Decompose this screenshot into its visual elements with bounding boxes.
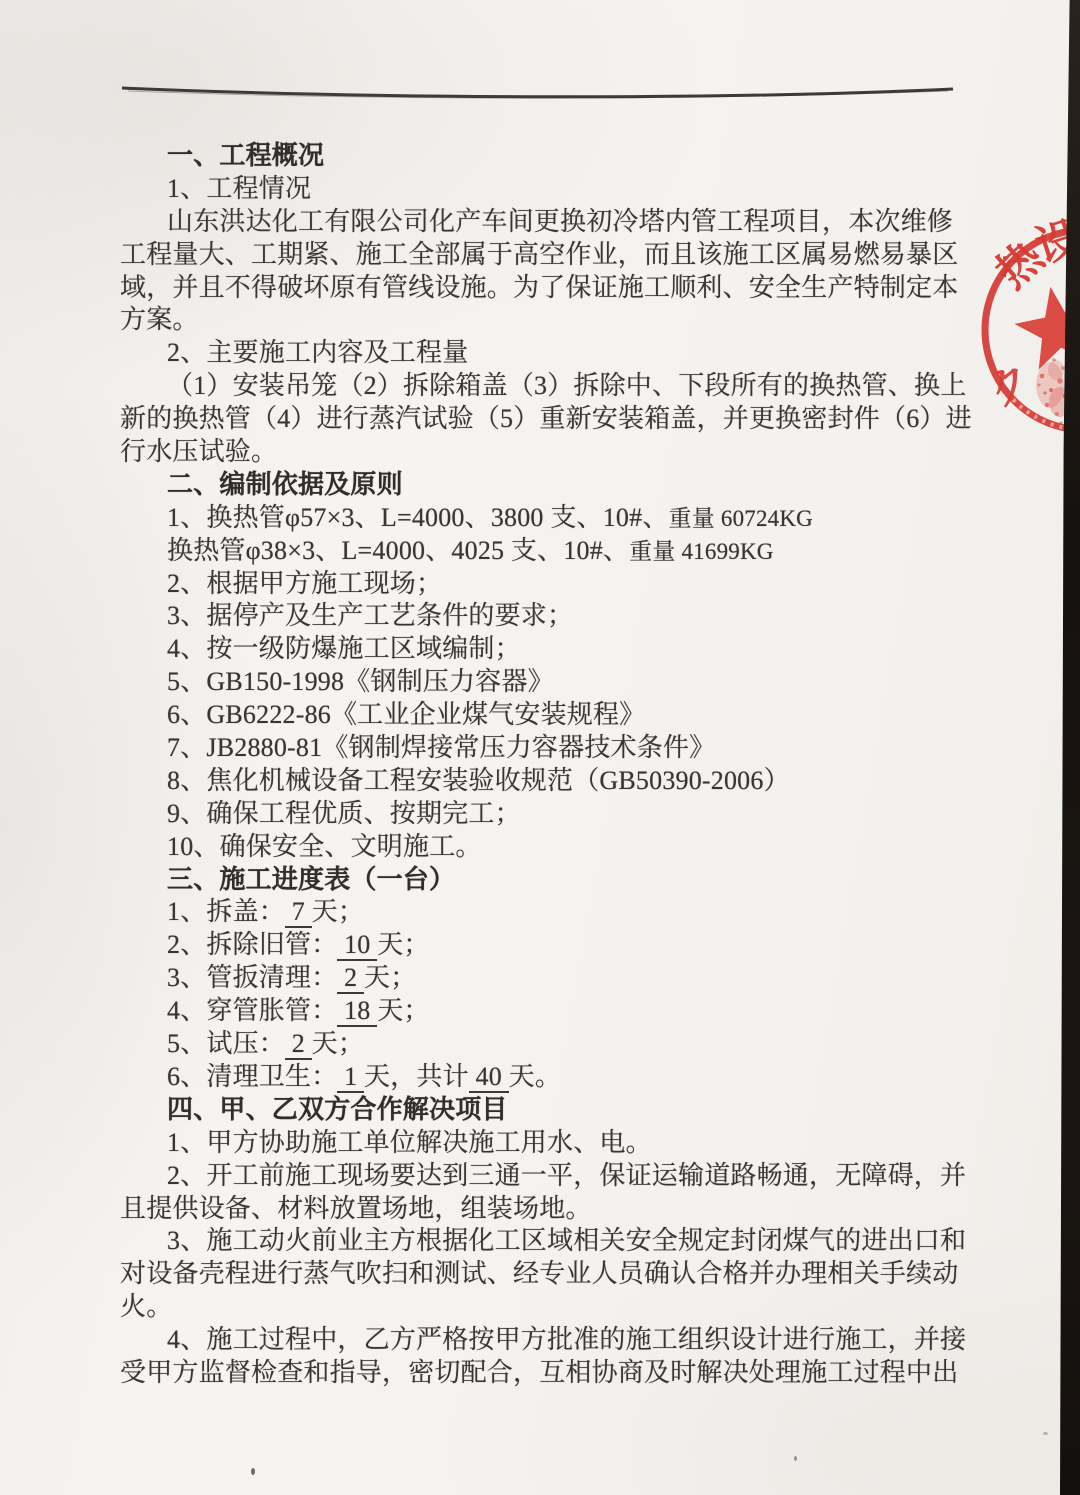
text-line: （1）安装吊笼（2）拆除箱盖（3）拆除中、下段所有的换热管、换上	[120, 370, 1020, 403]
text-segment: 8、焦化机械设备工程安装验收规范（GB50390-2006）	[167, 766, 790, 795]
document-lines: 一、工程概况1、工程情况山东洪达化工有限公司化产车间更换初冷塔内管工程项目，本次…	[120, 140, 1020, 1390]
underlined-number: 18	[337, 996, 377, 1027]
text-segment: 2、根据甲方施工现场；	[167, 569, 442, 598]
text-segment: 三、施工进度表（一台）	[167, 865, 455, 894]
text-line: 2、拆除旧管： 10 天；	[120, 929, 1020, 962]
text-line: 4、按一级防爆施工区域编制；	[120, 633, 1020, 666]
text-segment: 天。	[509, 1062, 561, 1091]
scan-speck	[251, 1468, 255, 1475]
top-rule-line	[0, 0, 1080, 120]
text-segment: 且提供设备、材料放置场地，组装场地。	[120, 1194, 592, 1223]
text-segment: 1、工程情况	[167, 174, 311, 203]
text-segment: 山东洪达化工有限公司化产车间更换初冷塔内管工程项目，本次维修	[167, 207, 953, 236]
text-segment: 5、GB150-1998《钢制压力容器》	[167, 667, 554, 696]
text-line: 9、确保工程优质、按期完工；	[120, 798, 1020, 831]
section-heading: 四、甲、乙双方合作解决项目	[120, 1094, 1020, 1127]
text-segment: 9、确保工程优质、按期完工；	[167, 799, 521, 828]
text-segment: 天；	[312, 1029, 364, 1058]
text-line: 4、穿管胀管： 18 天；	[120, 995, 1020, 1028]
text-segment: 方案。	[120, 305, 199, 334]
text-line: 5、GB150-1998《钢制压力容器》	[120, 666, 1020, 699]
text-segment: 天，共计	[364, 1062, 469, 1091]
text-segment: 7、JB2880-81《钢制焊接常压力容器技术条件》	[167, 733, 715, 762]
text-segment: 4、施工过程中，乙方严格按甲方批准的施工组织设计进行施工，并接	[167, 1325, 966, 1354]
section-heading: 三、施工进度表（一台）	[120, 864, 1020, 897]
text-segment: 1、甲方协助施工单位解决施工用水、电。	[167, 1128, 652, 1157]
text-line: 7、JB2880-81《钢制焊接常压力容器技术条件》	[120, 732, 1020, 765]
text-segment: 1、换热管φ57×3、L=4000、3800 支、10#、	[167, 503, 669, 532]
text-segment: 天；	[312, 897, 364, 926]
text-line: 2、主要施工内容及工程量	[120, 337, 1020, 370]
text-line: 8、焦化机械设备工程安装验收规范（GB50390-2006）	[120, 765, 1020, 798]
text-line: 新的换热管（4）进行蒸汽试验（5）重新安装箱盖，并更换密封件（6）进	[120, 403, 1020, 436]
text-line: 10、确保安全、文明施工。	[120, 831, 1020, 864]
text-segment: 二、编制依据及原则	[167, 470, 403, 499]
text-line: 山东洪达化工有限公司化产车间更换初冷塔内管工程项目，本次维修	[120, 206, 1020, 239]
text-line: 对设备壳程进行蒸气吹扫和测试、经专业人员确认合格并办理相关手续动	[120, 1258, 1020, 1291]
text-segment: 10、确保安全、文明施工。	[167, 832, 482, 861]
text-segment: 换热管φ38×3、L=4000、4025 支、10#、	[167, 536, 629, 565]
text-segment: 天；	[377, 930, 429, 959]
text-segment: 四、甲、乙双方合作解决项目	[167, 1095, 508, 1124]
text-line: 火。	[120, 1291, 1020, 1324]
text-segment: 一、工程概况	[167, 141, 324, 170]
text-segment: 3、施工动火前业主方根据化工区域相关安全规定封闭煤气的进出口和	[167, 1226, 966, 1255]
text-segment: 5、试压：	[167, 1029, 285, 1058]
text-segment: 2、拆除旧管：	[167, 930, 337, 959]
text-line: 1、拆盖： 7 天；	[120, 896, 1020, 929]
text-segment: 6、GB6222-86《工业企业煤气安装规程》	[167, 700, 645, 729]
text-segment: 域，并且不得破坏原有管线设施。为了保证施工顺利、安全生产特制定本	[120, 273, 958, 302]
text-line: 2、开工前施工现场要达到三通一平，保证运输道路畅通，无障碍，并	[120, 1160, 1020, 1193]
scan-speck	[794, 1456, 797, 1461]
text-segment: 2、主要施工内容及工程量	[167, 338, 468, 367]
text-segment: 3、据停产及生产工艺条件的要求；	[167, 601, 573, 630]
text-line: 5、试压： 2 天；	[120, 1028, 1020, 1061]
text-line: 域，并且不得破坏原有管线设施。为了保证施工顺利、安全生产特制定本	[120, 272, 1020, 305]
underlined-number: 40	[469, 1062, 509, 1093]
text-line: 1、甲方协助施工单位解决施工用水、电。	[120, 1127, 1020, 1160]
section-heading: 二、编制依据及原则	[120, 469, 1020, 502]
text-line: 且提供设备、材料放置场地，组装场地。	[120, 1193, 1020, 1226]
underlined-number: 2	[337, 963, 364, 994]
section-heading: 一、工程概况	[120, 140, 1020, 173]
text-segment: 2、开工前施工现场要达到三通一平，保证运输道路畅通，无障碍，并	[167, 1161, 966, 1190]
scanned-page: 一、工程概况1、工程情况山东洪达化工有限公司化产车间更换初冷塔内管工程项目，本次…	[0, 0, 1080, 1495]
text-segment: 天；	[364, 963, 416, 992]
text-line: 1、工程情况	[120, 173, 1020, 206]
text-line: 工程量大、工期紧、施工全部属于高空作业，而且该施工区属易燃易暴区	[120, 239, 1020, 272]
text-segment: 6、清理卫生：	[167, 1062, 337, 1091]
text-segment: 天；	[377, 996, 429, 1025]
text-segment: 火。	[120, 1292, 172, 1321]
underlined-number: 2	[285, 1029, 312, 1060]
text-line: 2、根据甲方施工现场；	[120, 568, 1020, 601]
text-segment: （1）安装吊笼（2）拆除箱盖（3）拆除中、下段所有的换热管、换上	[167, 371, 966, 400]
text-line: 3、据停产及生产工艺条件的要求；	[120, 600, 1020, 633]
text-segment: 工程量大、工期紧、施工全部属于高空作业，而且该施工区属易燃易暴区	[120, 240, 958, 269]
text-segment: 新的换热管（4）进行蒸汽试验（5）重新安装箱盖，并更换密封件（6）进	[120, 404, 972, 433]
text-segment: 3、管扳清理：	[167, 963, 337, 992]
text-segment: 4、按一级防爆施工区域编制；	[167, 634, 521, 663]
text-line: 方案。	[120, 304, 1020, 337]
scan-speck	[1043, 1432, 1048, 1435]
text-segment: 受甲方监督检查和指导，密切配合，互相协商及时解决处理施工过程中出	[120, 1358, 958, 1387]
underlined-number: 10	[337, 930, 377, 961]
text-line: 4、施工过程中，乙方严格按甲方批准的施工组织设计进行施工，并接	[120, 1324, 1020, 1357]
text-line: 6、GB6222-86《工业企业煤气安装规程》	[120, 699, 1020, 732]
text-segment: 重量 60724KG	[669, 506, 813, 531]
text-line: 1、换热管φ57×3、L=4000、3800 支、10#、重量 60724KG	[120, 502, 1020, 535]
text-line: 行水压试验。	[120, 436, 1020, 469]
text-segment: 4、穿管胀管：	[167, 996, 337, 1025]
company-stamp: 热 设 ク	[930, 200, 1080, 470]
underlined-number: 7	[285, 897, 312, 928]
underlined-number: 1	[337, 1062, 364, 1093]
text-segment: 1、拆盖：	[167, 897, 285, 926]
text-segment: 重量 41699KG	[629, 539, 773, 564]
text-segment: 行水压试验。	[120, 437, 277, 466]
text-line: 6、清理卫生： 1 天，共计 40 天。	[120, 1061, 1020, 1094]
text-segment: 对设备壳程进行蒸气吹扫和测试、经专业人员确认合格并办理相关手续动	[120, 1259, 958, 1288]
text-line: 换热管φ38×3、L=4000、4025 支、10#、重量 41699KG	[120, 535, 1020, 568]
text-line: 受甲方监督检查和指导，密切配合，互相协商及时解决处理施工过程中出	[120, 1357, 1020, 1390]
text-line: 3、施工动火前业主方根据化工区域相关安全规定封闭煤气的进出口和	[120, 1225, 1020, 1258]
text-line: 3、管扳清理： 2 天；	[120, 962, 1020, 995]
